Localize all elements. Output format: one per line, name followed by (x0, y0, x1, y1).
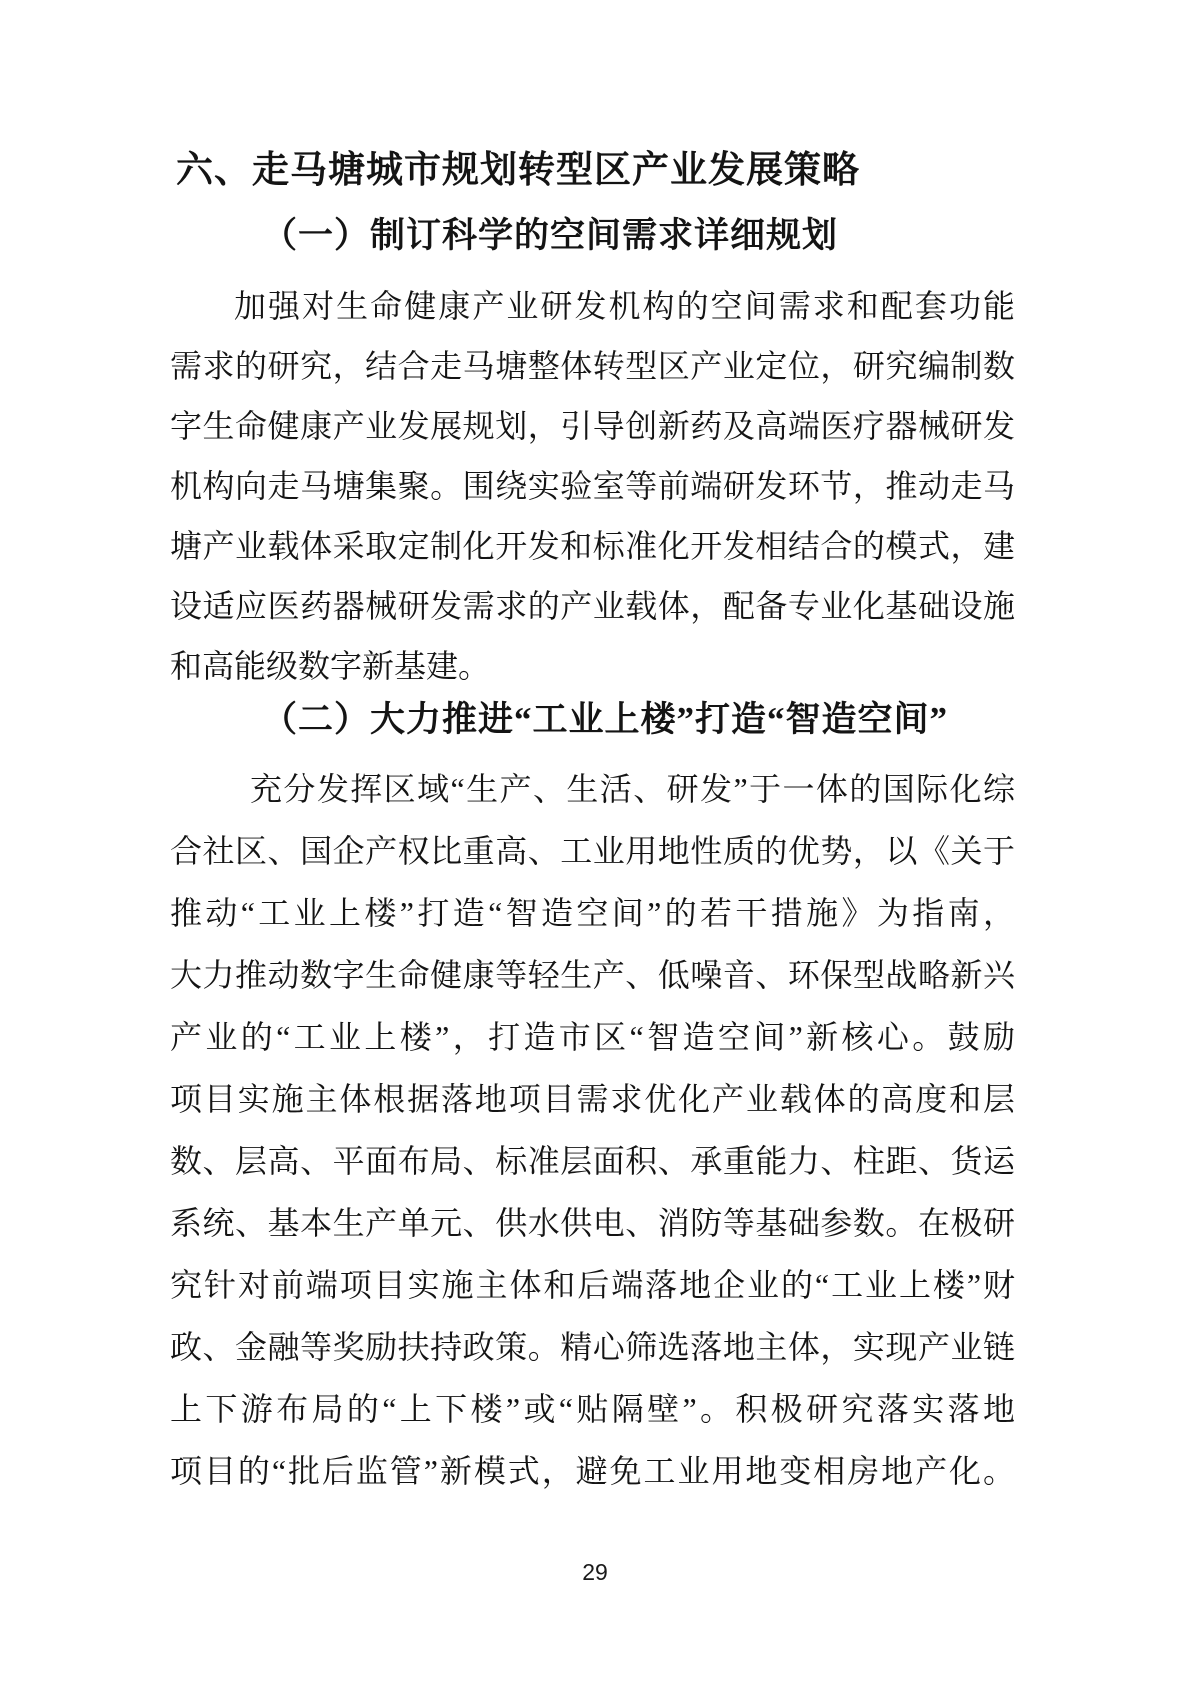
paragraph-2: 充分发挥区域“生产、生活、研发”于一体的国际化综 合社区、国企产权比重高、工业用… (170, 758, 1015, 1502)
section-1-heading: （一）制订科学的空间需求详细规划 (262, 214, 1015, 258)
text-line: 系统、基本生产单元、供水供电、消防等基础参数。在极研 (170, 1192, 1015, 1254)
text-line: 究针对前端项目实施主体和后端落地企业的“工业上楼”财 (170, 1254, 1015, 1316)
document-content: 六、走马塘城市规划转型区产业发展策略 （一）制订科学的空间需求详细规划 加强对生… (170, 148, 1015, 1502)
text-line: 需求的研究，结合走马塘整体转型区产业定位，研究编制数 (170, 336, 1015, 396)
text-line: 和高能级数字新基建。 (170, 636, 1015, 696)
page-title: 六、走马塘城市规划转型区产业发展策略 (176, 148, 1015, 192)
text-line: 加强对生命健康产业研发机构的空间需求和配套功能 (170, 276, 1015, 336)
text-line: 机构向走马塘集聚。围绕实验室等前端研发环节，推动走马 (170, 456, 1015, 516)
document-page: 六、走马塘城市规划转型区产业发展策略 （一）制订科学的空间需求详细规划 加强对生… (0, 0, 1190, 1682)
text-line: 充分发挥区域“生产、生活、研发”于一体的国际化综 (170, 758, 1015, 820)
text-line: 合社区、国企产权比重高、工业用地性质的优势，以《关于 (170, 820, 1015, 882)
paragraph-1: 加强对生命健康产业研发机构的空间需求和配套功能 需求的研究，结合走马塘整体转型区… (170, 276, 1015, 696)
text-line: 数、层高、平面布局、标准层面积、承重能力、柱距、货运 (170, 1130, 1015, 1192)
text-line: 上下游布局的“上下楼”或“贴隔壁”。积极研究落实落地 (170, 1378, 1015, 1440)
text-line: 政、金融等奖励扶持政策。精心筛选落地主体，实现产业链 (170, 1316, 1015, 1378)
text-line: 项目的“批后监管”新模式，避免工业用地变相房地产化。 (170, 1440, 1015, 1502)
text-line: 字生命健康产业发展规划，引导创新药及高端医疗器械研发 (170, 396, 1015, 456)
text-line: 项目实施主体根据落地项目需求优化产业载体的高度和层 (170, 1068, 1015, 1130)
page-number: 29 (0, 1558, 1190, 1586)
text-line: 推动“工业上楼”打造“智造空间”的若干措施》为指南， (170, 882, 1015, 944)
text-line: 塘产业载体采取定制化开发和标准化开发相结合的模式，建 (170, 516, 1015, 576)
section-2-heading: （二）大力推进“工业上楼”打造“智造空间” (262, 698, 1015, 742)
text-line: 大力推动数字生命健康等轻生产、低噪音、环保型战略新兴 (170, 944, 1015, 1006)
text-line: 设适应医药器械研发需求的产业载体，配备专业化基础设施 (170, 576, 1015, 636)
text-line: 产业的“工业上楼”，打造市区“智造空间”新核心。鼓励 (170, 1006, 1015, 1068)
